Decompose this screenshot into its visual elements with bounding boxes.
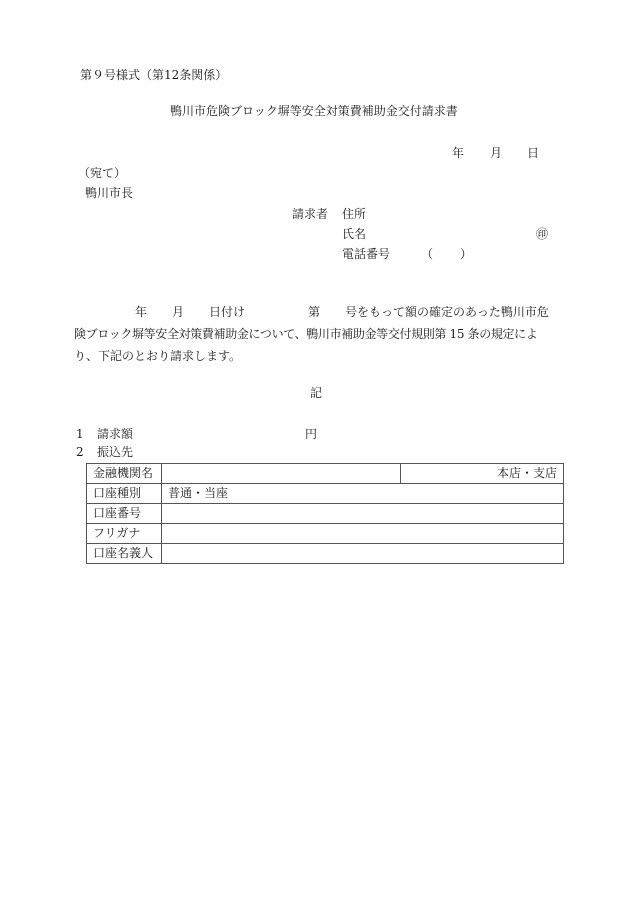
bank-account-table: 金融機関名 本店・支店 口座種別 普通・当座 口座番号 フリガナ 口座名義人 [86, 463, 564, 564]
form-number: 第９号様式（第12条関係） [80, 68, 227, 82]
body-line1-rest: 号をもって額の確定のあった鴨川市危 [345, 305, 549, 319]
furigana-field[interactable] [162, 524, 564, 544]
phone-close-paren: ） [460, 247, 472, 261]
item-1-unit: 円 [305, 427, 317, 441]
addressee-name: 鴨川市長 [85, 186, 133, 200]
date-year: 年 [452, 146, 464, 160]
account-type-label: 口座種別 [87, 484, 162, 504]
item-2-number: 2 [76, 445, 84, 459]
claimant-label: 請求者 [292, 207, 328, 221]
ki-heading: 記 [310, 386, 322, 400]
phone-label: 電話番号 [342, 247, 390, 261]
body-year: 年 [135, 305, 147, 319]
addressee-prefix: （宛て） [78, 166, 126, 180]
bank-name-field[interactable] [162, 464, 401, 484]
account-number-label: 口座番号 [87, 504, 162, 524]
body-dated: 日付け [209, 305, 245, 319]
name-label: 氏名 [342, 227, 366, 241]
account-number-field[interactable] [162, 504, 564, 524]
branch-type-field[interactable]: 本店・支店 [401, 464, 564, 484]
body-month: 月 [172, 305, 184, 319]
account-type-field[interactable]: 普通・当座 [162, 484, 564, 504]
address-label: 住所 [342, 207, 366, 221]
table-row: フリガナ [87, 524, 564, 544]
bank-name-label: 金融機関名 [87, 464, 162, 484]
item-2-label: 振込先 [97, 445, 133, 459]
furigana-label: フリガナ [87, 524, 162, 544]
account-holder-field[interactable] [162, 544, 564, 564]
item-1-label: 請求額 [97, 427, 133, 441]
table-row: 金融機関名 本店・支店 [87, 464, 564, 484]
item-1-number: 1 [76, 427, 84, 441]
seal-icon: ㊞ [536, 227, 548, 241]
table-row: 口座番号 [87, 504, 564, 524]
body-line2: 険ブロック塀等安全対策費補助金について、鴨川市補助金等交付規則第 15 条の規定… [74, 327, 537, 341]
table-row: 口座名義人 [87, 544, 564, 564]
body-line3: り、下記のとおり請求します。 [74, 349, 241, 363]
date-month: 月 [490, 146, 502, 160]
document-title: 鴨川市危険ブロック塀等安全対策費補助金交付請求書 [170, 104, 458, 118]
table-row: 口座種別 普通・当座 [87, 484, 564, 504]
date-day: 日 [527, 146, 539, 160]
phone-open-paren: （ [421, 247, 433, 261]
account-holder-label: 口座名義人 [87, 544, 162, 564]
body-no: 第 [308, 305, 320, 319]
